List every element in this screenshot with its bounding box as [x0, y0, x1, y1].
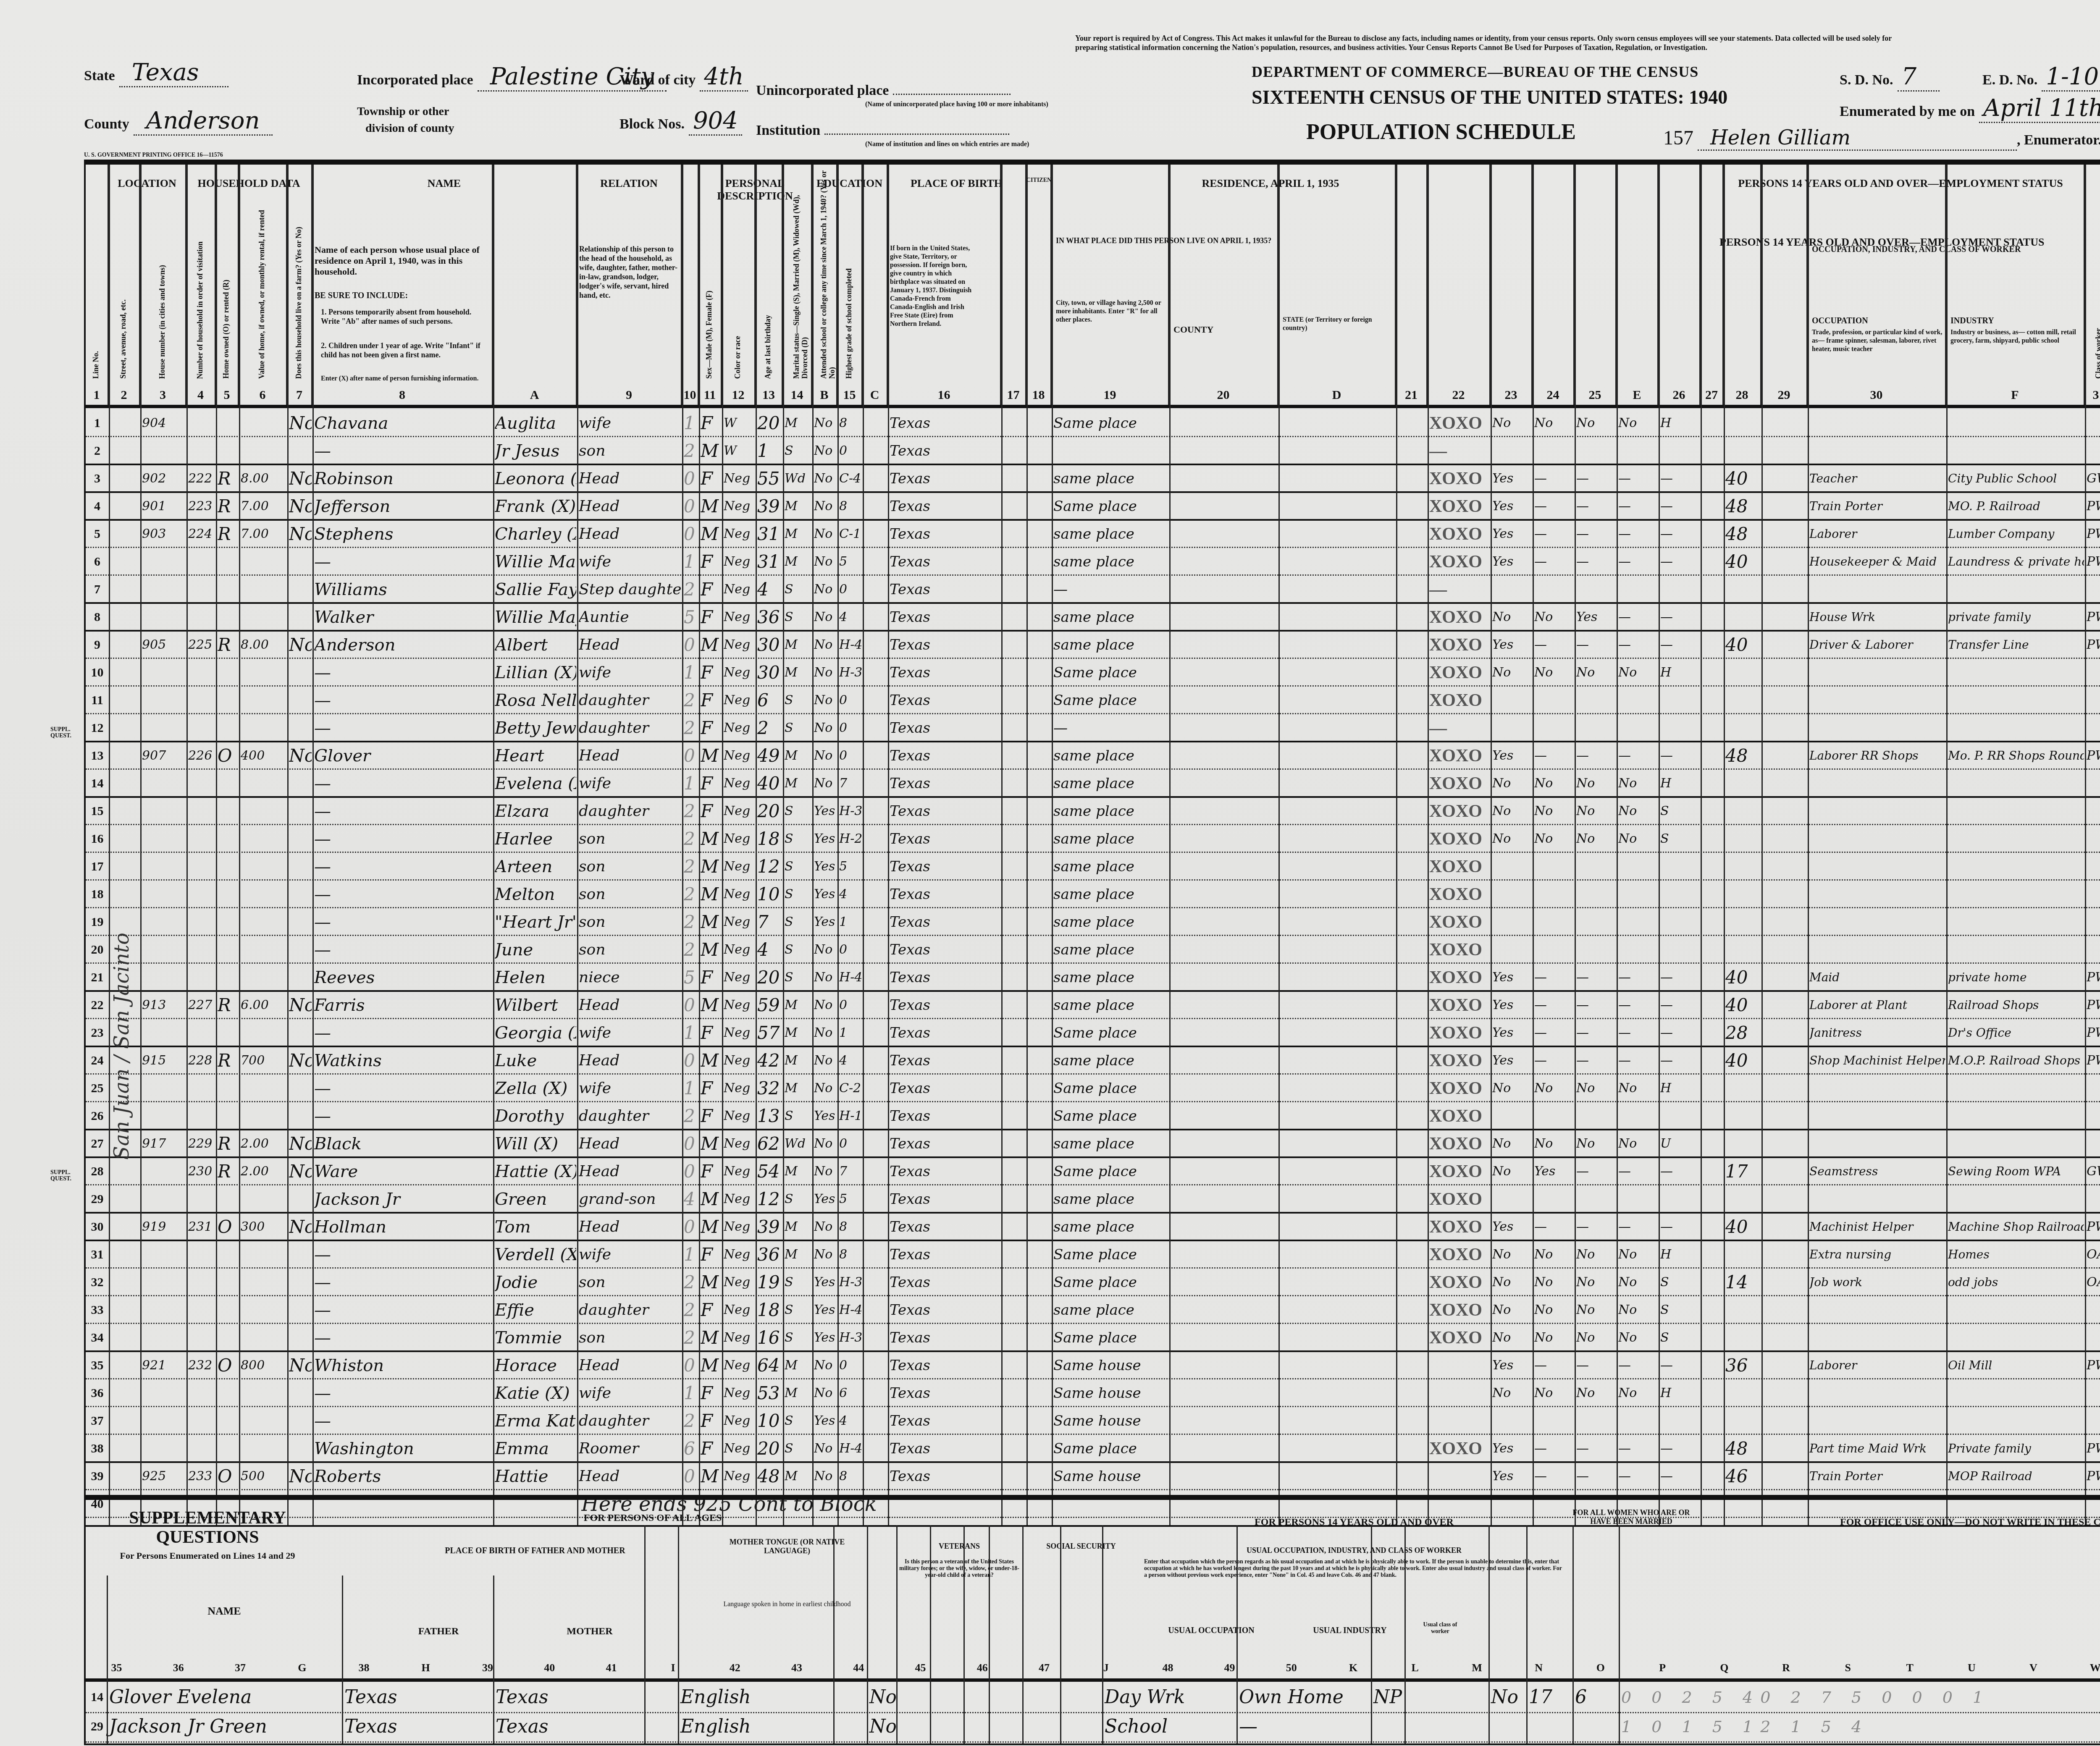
cell-birth: Texas [890, 602, 1000, 630]
cell-grade: 0 [839, 990, 862, 1018]
column-rule [216, 165, 217, 1525]
population-table: LOCATIONHOUSEHOLD DATANAMERELATIONPERSON… [84, 160, 2100, 1527]
column-header-relation: 9 [577, 165, 682, 408]
cell-own: O [218, 1212, 238, 1240]
cell-value: 7.00 [241, 519, 286, 547]
cell-c21 [1492, 1101, 1532, 1129]
cell-marital: S [785, 574, 811, 602]
cell-own: R [218, 491, 238, 519]
column-number: 13 [756, 388, 782, 402]
cell-c26 [1725, 658, 1761, 685]
cell-age: 31 [757, 547, 782, 574]
table-row: 7WilliamsSallie FayStep daughter2FNeg4SN… [86, 574, 2100, 604]
cell-code-a: 0 [684, 1461, 698, 1489]
cell-relation: daughter [579, 1101, 681, 1129]
cell-res: same place [1053, 990, 1168, 1018]
column-header-c23: 25 [1575, 165, 1617, 408]
column-header-c26: 28 [1724, 165, 1761, 408]
supp-column-number: W [2064, 1662, 2100, 1674]
supp-column-number: G [271, 1662, 333, 1674]
column-rule [186, 165, 188, 1525]
cell-value: 8.00 [241, 464, 286, 491]
cell-race: W [724, 408, 755, 436]
cell-school: No [814, 574, 837, 602]
cell-given: Green [495, 1184, 576, 1212]
cell-farm [289, 768, 312, 796]
cell-house [142, 1101, 186, 1129]
cell-industry: MO. P. Railroad [1948, 491, 2084, 519]
supp-column-number: H [395, 1662, 457, 1674]
column-header-grade: Highest grade of school completed15 [837, 165, 863, 408]
column-header-c27b: 29 [1761, 165, 1808, 408]
supp-column-number: O [1570, 1662, 1631, 1674]
state-field: StateTexas [84, 59, 228, 87]
block-label: Block Nos. [619, 116, 685, 132]
table-row: 31—Verdell (X)wife1FNeg36MNo8TexasSame p… [86, 1240, 2100, 1269]
header-father: FATHER [363, 1626, 514, 1637]
cell-res: same place [1053, 464, 1168, 491]
cell-birth: Texas [890, 1240, 1000, 1267]
column-rule [2085, 165, 2086, 1525]
column-rule [1946, 165, 1948, 1525]
cell-own [218, 962, 238, 990]
cell-house [142, 574, 186, 602]
cell-res: same place [1053, 907, 1168, 935]
cell-surname: Stephens [314, 519, 492, 547]
cell-given: Willie May [495, 602, 576, 630]
cell-birth: Texas [890, 1350, 1000, 1378]
cell-c23: No [1576, 824, 1616, 852]
cell-c23 [1576, 852, 1616, 879]
cell-house [142, 1434, 186, 1461]
cell-c21: No [1492, 1073, 1532, 1101]
cell-c25 [1660, 935, 1700, 962]
cell-school: No [814, 990, 837, 1018]
cell-grade: 4 [839, 602, 862, 630]
line-number: 18 [86, 879, 109, 907]
cell-class [2087, 1378, 2100, 1406]
cell-grade: 4 [839, 879, 862, 907]
column-label: Street, avenue, road, etc. [119, 299, 127, 379]
cell-sex: F [701, 1295, 721, 1323]
cell-sex: M [701, 491, 721, 519]
supp-column-number: U [1941, 1662, 2003, 1674]
cell-house: 904 [142, 408, 186, 436]
cell-industry: Machine Shop Railroad Co [1948, 1212, 2084, 1240]
supp-row: 29Jackson Jr GreenTexasTexasEnglishNoSch… [86, 1712, 2100, 1743]
schedule-title: POPULATION SCHEDULE [1306, 120, 1576, 144]
cell-class: PW [2087, 630, 2100, 658]
cell-marital: M [785, 1018, 811, 1046]
cell-age: 16 [757, 1323, 782, 1350]
column-header-industry: F [1946, 165, 2085, 408]
cell-given: Jr Jesus [495, 436, 576, 464]
line-number: 20 [86, 935, 109, 962]
supp-column-rule [1060, 1525, 1061, 1743]
cell-own: O [218, 1350, 238, 1378]
supp-cell-age-first: 17 [1529, 1683, 1572, 1712]
cell-c25: — [1660, 1212, 1700, 1240]
column-rule [1001, 165, 1003, 1525]
cell-house [142, 1295, 186, 1323]
column-rule [1428, 165, 1429, 1525]
cell-farm: No [289, 1129, 312, 1156]
cell-occupation [1809, 658, 1945, 685]
cell-hh [188, 1101, 215, 1129]
cell-code-a: 0 [684, 1350, 698, 1378]
supp-column-number: 39 [457, 1662, 518, 1674]
cell-c24: — [1618, 491, 1658, 519]
section-veterans: VETERANS [896, 1542, 1022, 1551]
column-label: Does this household live on a farm? (Yes… [294, 227, 303, 379]
table-row: 10—Lillian (X)wife1FNeg30MNoH-3TexasSame… [86, 658, 2100, 687]
line-number: 28 [86, 1156, 109, 1184]
cell-relation: Head [579, 1129, 681, 1156]
cell-c21: No [1492, 602, 1532, 630]
cell-own [218, 1101, 238, 1129]
column-number: 4 [186, 388, 215, 402]
cell-class [2087, 935, 2100, 962]
cell-c24: No [1618, 1240, 1658, 1267]
cell-given: Evelena (X) [495, 768, 576, 796]
cell-res: same place [1053, 630, 1168, 658]
cell-class [2087, 1295, 2100, 1323]
cell-grade: 0 [839, 1129, 862, 1156]
table-row: 33—Effiedaughter2FNeg18SYesH-4Texassame … [86, 1295, 2100, 1324]
cell-stamp: XOXO [1429, 1240, 1490, 1267]
cell-c21: Yes [1492, 519, 1532, 547]
cell-age: 32 [757, 1073, 782, 1101]
cell-given: Betty Jewel [495, 713, 576, 741]
cell-relation: son [579, 935, 681, 962]
column-number: 3 [140, 388, 185, 402]
cell-res: same place [1053, 962, 1168, 990]
cell-school: No [814, 436, 837, 464]
cell-surname: Jefferson [314, 491, 492, 519]
supplementary-title: SUPPLEMENTARY QUESTIONS [94, 1508, 321, 1547]
cell-age: 40 [757, 768, 782, 796]
column-header-marital: Marital status—Single (S), Married (M), … [783, 165, 812, 408]
cell-industry [1948, 1184, 2084, 1212]
cell-farm [289, 1267, 312, 1295]
table-row: 3902222R8.00NoRobinsonLeonora (X)Head0FN… [86, 464, 2100, 493]
cell-grade: 0 [839, 436, 862, 464]
cell-birth: Texas [890, 408, 1000, 436]
cell-c24: No [1618, 1267, 1658, 1295]
cell-hh [188, 962, 215, 990]
cell-c25: S [1660, 1267, 1700, 1295]
column-rule [1575, 165, 1576, 1525]
cell-occupation [1809, 408, 1945, 436]
cell-birth: Texas [890, 852, 1000, 879]
cell-own: R [218, 630, 238, 658]
supp-column-rule [342, 1576, 343, 1743]
cell-c23: No [1576, 408, 1616, 436]
supp-cell-married-once [1491, 1712, 1525, 1741]
cell-given: Wilbert [495, 990, 576, 1018]
cell-birth: Texas [890, 1267, 1000, 1295]
cell-house [142, 1240, 186, 1267]
cell-stamp: XOXO [1429, 1073, 1490, 1101]
table-row: 26—Dorothydaughter2FNeg13SYesH-1TexasSam… [86, 1101, 2100, 1130]
supp-column-rule [1526, 1525, 1528, 1743]
cell-race: Neg [724, 1406, 755, 1434]
cell-c23: No [1576, 658, 1616, 685]
cell-industry [1948, 1129, 2084, 1156]
cell-stamp: XOXO [1429, 630, 1490, 658]
cell-house [142, 824, 186, 852]
cell-school: Yes [814, 824, 837, 852]
cell-birth: Texas [890, 1212, 1000, 1240]
table-row: 25—Zella (X)wife1FNeg32MNoC-2TexasSame p… [86, 1073, 2100, 1102]
cell-house: 919 [142, 1212, 186, 1240]
cell-house [142, 713, 186, 741]
cell-own: O [218, 741, 238, 768]
cell-industry [1948, 1406, 2084, 1434]
cell-hh: 225 [188, 630, 215, 658]
cell-given: Hattie (X) [495, 1156, 576, 1184]
cell-sex: F [701, 713, 721, 741]
cell-class: PW [2087, 519, 2100, 547]
enumerated-label: Enumerated by me on [1840, 104, 1975, 119]
cell-hh [188, 1434, 215, 1461]
column-number: 23 [1491, 388, 1531, 402]
supp-cell-name: Jackson Jr Green [109, 1712, 341, 1741]
cell-c21: Yes [1492, 1434, 1532, 1461]
cell-grade: 0 [839, 741, 862, 768]
sd-label: S. D. No. [1840, 72, 1893, 88]
column-header-c21: 23 [1491, 165, 1533, 408]
supp-column-number: 50 [1260, 1662, 1322, 1674]
cell-class [2087, 796, 2100, 824]
cell-race: Neg [724, 464, 755, 491]
column-label: Number of household in order of visitati… [196, 241, 204, 379]
cell-class [2087, 1184, 2100, 1212]
usual-occupation-note: Enter that occupation which the person r… [1144, 1559, 1564, 1579]
cell-grade: C-4 [839, 464, 862, 491]
cell-res: Same house [1053, 1350, 1168, 1378]
cell-birth: Texas [890, 1101, 1000, 1129]
table-row: 27917229R2.00NoBlackWill (X)Head0MNeg62W… [86, 1129, 2100, 1158]
cell-farm [289, 713, 312, 741]
cell-c26 [1725, 852, 1761, 879]
cell-res: Same place [1053, 491, 1168, 519]
cell-marital: M [785, 990, 811, 1018]
supp-column-number: 48 [1137, 1662, 1199, 1674]
cell-marital: S [785, 1406, 811, 1434]
cell-relation: Head [579, 630, 681, 658]
section-office-use: FOR OFFICE USE ONLY—DO NOT WRITE IN THES… [1703, 1517, 2100, 1528]
cell-hh [188, 1378, 215, 1406]
line-number: 9 [86, 630, 109, 658]
cell-code-a: 4 [684, 1184, 698, 1212]
cell-age: 55 [757, 464, 782, 491]
cell-c23: No [1576, 1323, 1616, 1350]
cell-c21 [1492, 713, 1532, 741]
cell-school: No [814, 602, 837, 630]
cell-c26: 40 [1725, 990, 1761, 1018]
cell-grade: 7 [839, 1156, 862, 1184]
cell-class [2087, 907, 2100, 935]
cell-c22: — [1534, 1434, 1574, 1461]
cell-c22: — [1534, 519, 1574, 547]
table-row: 5903224R7.00NoStephensCharley (X)Head0MN… [86, 519, 2100, 548]
column-number: 25 [1575, 388, 1615, 402]
cell-school: No [814, 685, 837, 713]
cell-c26 [1725, 436, 1761, 464]
cell-class [2087, 408, 2100, 436]
cell-race: Neg [724, 1046, 755, 1073]
cell-value [241, 768, 286, 796]
column-header-farm20: 21 [1396, 165, 1428, 408]
column-rule [722, 165, 723, 1525]
cell-own: R [218, 464, 238, 491]
cell-c24 [1618, 879, 1658, 907]
cell-c22 [1534, 1101, 1574, 1129]
cell-stamp: XOXO [1429, 685, 1490, 713]
cell-race: Neg [724, 741, 755, 768]
cell-surname: — [314, 547, 492, 574]
column-rule [812, 165, 814, 1525]
cell-stamp: XOXO [1429, 935, 1490, 962]
cell-class: PW [2087, 1461, 2100, 1489]
cell-house: 925 [142, 1461, 186, 1489]
cell-surname: — [314, 1240, 492, 1267]
table-row: 12—Betty Jeweldaughter2FNeg2SNo0Texas—— [86, 713, 2100, 742]
cell-surname: Farris [314, 990, 492, 1018]
supp-column-rule [678, 1525, 679, 1743]
cell-farm: No [289, 741, 312, 768]
supp-column-rule [963, 1525, 965, 1743]
column-number: B [812, 388, 836, 402]
cell-sex: M [701, 824, 721, 852]
supp-cell-line: 14 [88, 1683, 106, 1712]
cell-sex: M [701, 990, 721, 1018]
cell-age: 36 [757, 1240, 782, 1267]
table-row: 28230R2.00NoWareHattie (X)Head0FNeg54MNo… [86, 1156, 2100, 1185]
cell-c22: No [1534, 658, 1574, 685]
cell-c25: S [1660, 824, 1700, 852]
cell-farm [289, 1184, 312, 1212]
cell-class: PW [2087, 491, 2100, 519]
cell-own [218, 547, 238, 574]
cell-grade: C-2 [839, 1073, 862, 1101]
column-rule [1701, 165, 1702, 1525]
cell-code-a: 1 [684, 658, 698, 685]
cell-c25: — [1660, 962, 1700, 990]
column-header-code_c: 17 [1001, 165, 1026, 408]
supp-cell-mother: Texas [496, 1712, 643, 1741]
cell-c26: 48 [1725, 741, 1761, 768]
table-row: 22913227R6.00NoFarrisWilbertHead0MNeg59M… [86, 990, 2100, 1019]
table-row: 35921232O800NoWhistonHoraceHead0MNeg64MN… [86, 1350, 2100, 1379]
cell-given: Heart [495, 741, 576, 768]
cell-relation: Head [579, 741, 681, 768]
cell-c24 [1618, 935, 1658, 962]
table-row: 30919231O300NoHollmanTomHead0MNeg39MNo8T… [86, 1212, 2100, 1241]
cell-given: Will (X) [495, 1129, 576, 1156]
cell-own [218, 1267, 238, 1295]
cell-school: No [814, 1129, 837, 1156]
cell-marital: S [785, 879, 811, 907]
cell-code-a: 2 [684, 824, 698, 852]
cell-occupation: Part time Maid Wrk [1809, 1434, 1945, 1461]
cell-class [2087, 685, 2100, 713]
ed-field: E. D. No.1-10 [1982, 63, 2100, 92]
cell-relation: Roomer [579, 1434, 681, 1461]
cell-value [241, 1378, 286, 1406]
cell-c23 [1576, 907, 1616, 935]
cell-occupation [1809, 1323, 1945, 1350]
county-value: Anderson [134, 107, 273, 136]
cell-code-a: 2 [684, 436, 698, 464]
cell-own [218, 1378, 238, 1406]
cell-value: 6.00 [241, 990, 286, 1018]
cell-occupation [1809, 824, 1945, 852]
column-rule [140, 165, 142, 1525]
cell-surname: Washington [314, 1434, 492, 1461]
cell-industry: Laundress & private home [1948, 547, 2084, 574]
cell-farm [289, 1434, 312, 1461]
cell-c24: — [1618, 1434, 1658, 1461]
cell-c22 [1534, 574, 1574, 602]
line-number: 4 [86, 491, 109, 519]
cell-birth: Texas [890, 990, 1000, 1018]
section-all-ages: FOR PERSONS OF ALL AGES [346, 1513, 959, 1524]
cell-house [142, 1267, 186, 1295]
cell-class [2087, 824, 2100, 852]
cell-house [142, 547, 186, 574]
cell-occupation [1809, 1184, 1945, 1212]
cell-given: June [495, 935, 576, 962]
cell-hh [188, 1406, 215, 1434]
cell-c25 [1660, 1101, 1700, 1129]
cell-c26 [1725, 935, 1761, 962]
cell-occupation [1809, 574, 1945, 602]
cell-res: Same place [1053, 1240, 1168, 1267]
cell-c25: H [1660, 658, 1700, 685]
cell-c23 [1576, 713, 1616, 741]
cell-c22 [1534, 685, 1574, 713]
supp-column-number: 42 [704, 1662, 766, 1674]
line-number: 12 [86, 713, 109, 741]
column-header-race: Color or race12 [722, 165, 756, 408]
cell-occupation [1809, 1101, 1945, 1129]
cell-code-a: 0 [684, 464, 698, 491]
column-number: 5 [216, 388, 238, 402]
cell-school: Yes [814, 907, 837, 935]
cell-c26 [1725, 907, 1761, 935]
cell-marital: S [785, 1434, 811, 1461]
ward-value: 4th [700, 63, 748, 92]
supp-column-number: L [1384, 1662, 1446, 1674]
cell-surname: Hollman [314, 1212, 492, 1240]
cell-sex: F [701, 1018, 721, 1046]
cell-hh [188, 547, 215, 574]
cell-hh [188, 436, 215, 464]
cell-c24: — [1618, 962, 1658, 990]
cell-c25: — [1660, 1350, 1700, 1378]
cell-given: Harlee [495, 824, 576, 852]
cell-class [2087, 1101, 2100, 1129]
cell-c24: — [1618, 1350, 1658, 1378]
column-label: Age at last birthday [764, 315, 772, 379]
cell-surname: Watkins [314, 1046, 492, 1073]
cell-c21: No [1492, 1240, 1532, 1267]
cell-value [241, 1184, 286, 1212]
cell-c26 [1725, 824, 1761, 852]
cell-house [142, 1156, 186, 1184]
